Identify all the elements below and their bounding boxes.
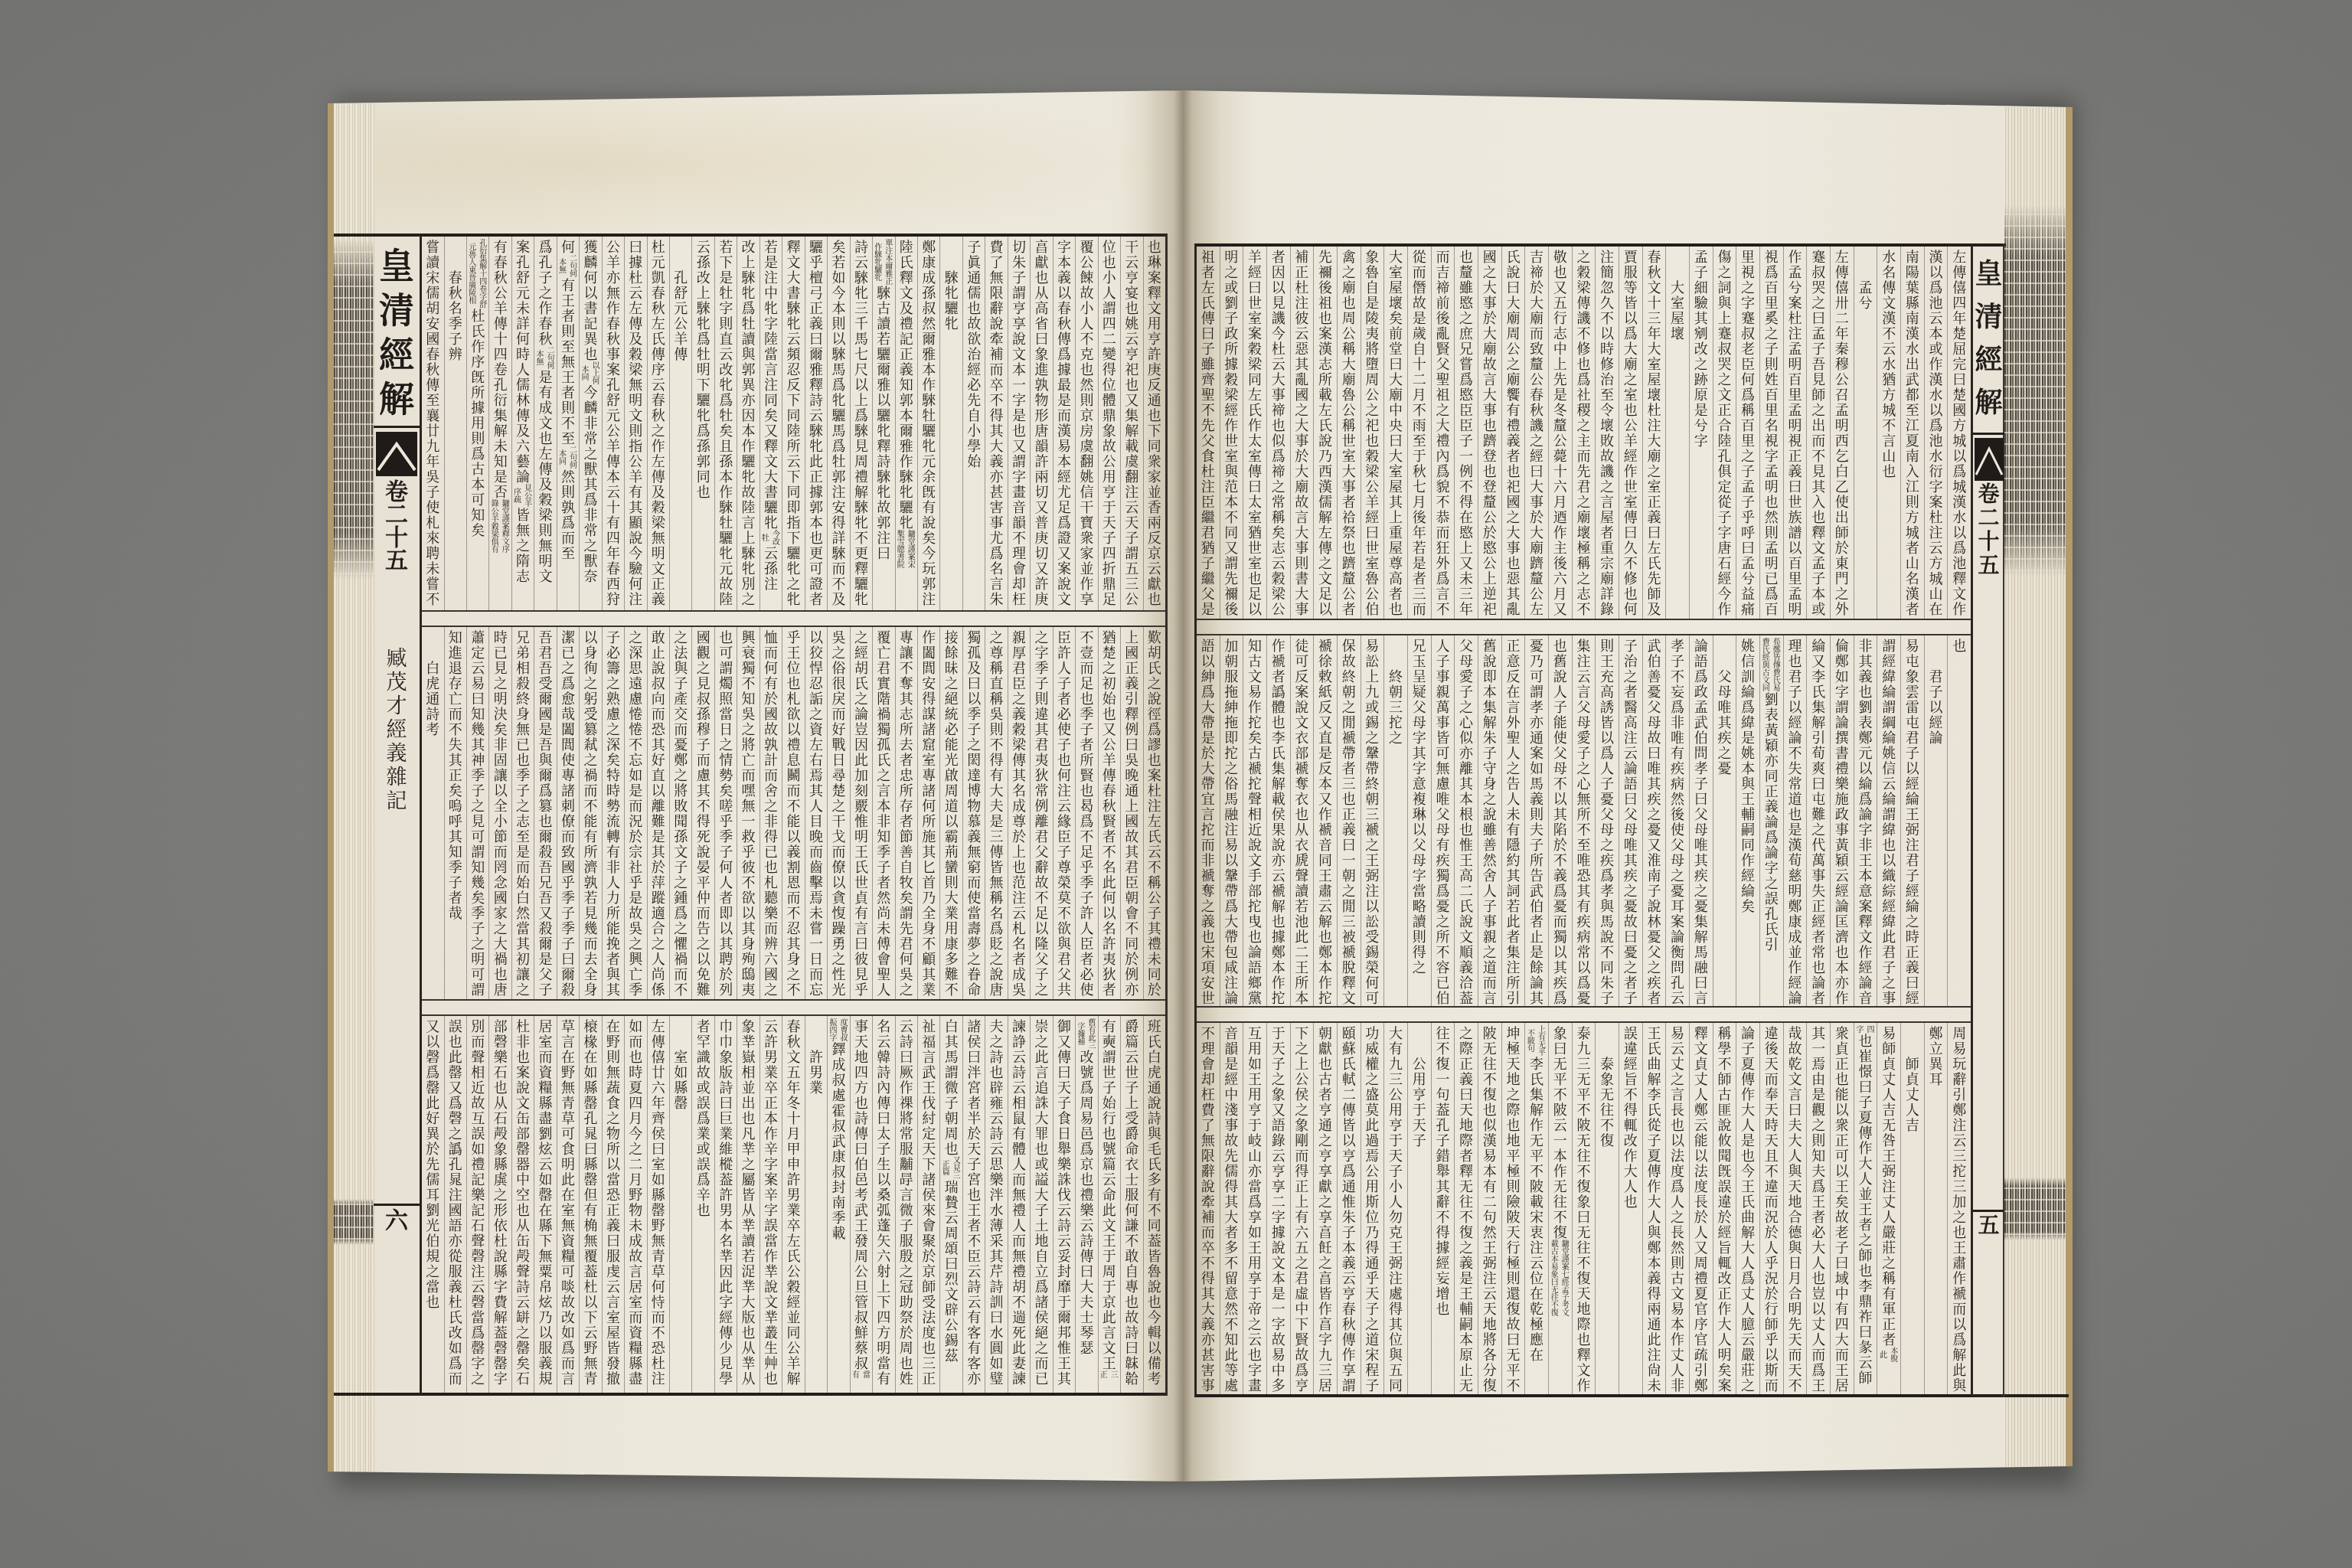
glyph: 卒 bbox=[785, 1219, 803, 1234]
glyph: 論 bbox=[1762, 846, 1781, 861]
glyph: 義 bbox=[1010, 707, 1028, 723]
glyph: 躬 bbox=[581, 692, 599, 707]
glyph: 父 bbox=[1551, 746, 1570, 762]
glyph: 位 bbox=[1100, 240, 1119, 256]
glyph: 誅 bbox=[1055, 1173, 1073, 1188]
glyph: 際 bbox=[1457, 1134, 1475, 1149]
glyph: 因 bbox=[852, 738, 871, 753]
glyph: 貞 bbox=[1692, 1057, 1710, 1073]
glyph: 穆 bbox=[694, 723, 713, 738]
glyph: 子 bbox=[1055, 1096, 1073, 1112]
glyph: 唐 bbox=[988, 983, 1006, 998]
glyph: 釐 bbox=[1551, 419, 1570, 434]
glyph: 不 bbox=[1433, 946, 1452, 961]
glyph: 憂 bbox=[1645, 823, 1663, 838]
glyph: 舊 bbox=[1551, 655, 1570, 670]
glyph: 於 bbox=[1527, 511, 1546, 526]
glyph: 非 bbox=[1668, 716, 1687, 731]
glyph: 公 bbox=[626, 455, 645, 470]
glyph: 用 bbox=[942, 922, 961, 937]
glyph: 部 bbox=[1246, 884, 1264, 900]
glyph: 即 bbox=[717, 906, 735, 922]
glyph: 驪 bbox=[942, 302, 961, 317]
glyph: 屬 bbox=[740, 1173, 758, 1188]
glyph: 驗 bbox=[626, 562, 645, 577]
glyph: 問 bbox=[1668, 961, 1687, 976]
interlinear-note: 以上何本同 bbox=[580, 363, 600, 386]
glyph: 及 bbox=[897, 302, 916, 317]
text-column: 亯獻也从高省曰象進孰物形唐韻許兩切又普庚切又許庚 bbox=[1030, 237, 1052, 610]
glyph: 其 bbox=[740, 922, 758, 937]
glyph: 注 bbox=[1598, 250, 1616, 266]
glyph: 牝 bbox=[852, 516, 871, 531]
glyph: 傳 bbox=[1199, 312, 1217, 327]
glyph: 羊 bbox=[1100, 753, 1119, 769]
glyph: 亡 bbox=[740, 753, 758, 769]
glyph: 多 bbox=[1222, 1241, 1240, 1256]
glyph: 獨 bbox=[1433, 869, 1452, 884]
glyph: 者 bbox=[897, 753, 916, 769]
frame-bottom-rule bbox=[334, 1393, 421, 1396]
glyph: 縣 bbox=[537, 1096, 555, 1112]
glyph: 其 bbox=[1292, 358, 1311, 373]
glyph: 陸 bbox=[785, 424, 803, 439]
text-column: 曰據杜云左傳及穀梁無明文則指公羊有其顯說今驗何注 bbox=[624, 237, 646, 610]
glyph: 以 bbox=[1622, 312, 1640, 327]
glyph: 罄 bbox=[649, 1204, 668, 1219]
glyph: 祭 bbox=[1340, 526, 1358, 541]
glyph: 及 bbox=[965, 661, 983, 677]
glyph: 族 bbox=[1785, 511, 1804, 526]
glyph: 致 bbox=[1527, 342, 1546, 358]
glyph: 城 bbox=[1950, 480, 1968, 495]
column-text: 春秋文五年冬十月甲申許男業卒左氏公穀經並同公羊解 bbox=[785, 1020, 803, 1387]
glyph: 亯 bbox=[1316, 1226, 1334, 1241]
glyph: 艸 bbox=[762, 1357, 780, 1372]
glyph: 內 bbox=[1433, 449, 1452, 465]
glyph: 六 bbox=[874, 1249, 893, 1265]
glyph: 緯 bbox=[1739, 716, 1757, 731]
glyph: 罄 bbox=[492, 1357, 510, 1372]
glyph: 吾 bbox=[537, 661, 555, 677]
glyph: 國 bbox=[537, 707, 555, 723]
glyph: 夷 bbox=[1363, 327, 1381, 342]
glyph: 拕 bbox=[1246, 777, 1264, 792]
glyph: 集 bbox=[1527, 1088, 1546, 1103]
glyph: 父 bbox=[1645, 946, 1663, 961]
glyph: 爾 bbox=[537, 692, 555, 707]
glyph: 世 bbox=[1363, 541, 1381, 557]
glyph: 大 bbox=[1292, 587, 1311, 603]
glyph: 又 bbox=[1692, 1241, 1710, 1256]
glyph: 有 bbox=[626, 485, 645, 501]
glyph: 慕 bbox=[965, 815, 983, 830]
glyph: 穀 bbox=[1574, 266, 1592, 281]
text-column: 以身徇之躬受篡弒之禍而不能有所濟孰若見幾而去全身 bbox=[579, 627, 601, 999]
text-column: 左傳僖卅二年秦穆公召孟明西乞白乙使出師於東門之外 bbox=[1830, 247, 1854, 619]
glyph: 如 bbox=[537, 1173, 555, 1188]
glyph: 廟 bbox=[1481, 342, 1499, 358]
glyph: 缶 bbox=[514, 1234, 532, 1249]
glyph: 潔 bbox=[559, 631, 577, 646]
glyph: 字 bbox=[1833, 685, 1851, 701]
glyph: 而 bbox=[469, 1035, 487, 1050]
glyph: 象 bbox=[1598, 1073, 1616, 1088]
glyph: 復 bbox=[1481, 1379, 1499, 1394]
glyph: 注 bbox=[762, 577, 780, 593]
glyph: 中 bbox=[1269, 1364, 1288, 1379]
glyph: 丈 bbox=[1903, 1088, 1922, 1103]
glyph: 弧 bbox=[874, 1204, 893, 1219]
glyph: 東 bbox=[1833, 557, 1851, 572]
glyph: 不 bbox=[1199, 403, 1217, 419]
glyph: 吉 bbox=[1903, 1119, 1922, 1134]
glyph: 說 bbox=[988, 968, 1006, 983]
glyph: 夫 bbox=[1809, 1165, 1828, 1180]
glyph: 侯 bbox=[920, 1188, 938, 1204]
glyph: 辭 bbox=[1433, 1195, 1452, 1210]
glyph: 先 bbox=[1785, 1318, 1804, 1333]
glyph: 會 bbox=[1122, 906, 1141, 922]
column-text: 下之上公侯之象剛而得正上有六五之君虛中下賢故爲亨 bbox=[1292, 1027, 1311, 1394]
glyph: 論 bbox=[1785, 991, 1804, 1007]
glyph: 在 bbox=[604, 1020, 622, 1035]
glyph: 帶 bbox=[1222, 884, 1240, 900]
glyph: 上 bbox=[852, 394, 871, 409]
glyph: 室 bbox=[1645, 358, 1663, 373]
glyph: 以 bbox=[1926, 701, 1945, 716]
glyph: 其 bbox=[1457, 777, 1475, 792]
glyph: 彖 bbox=[1856, 1341, 1874, 1356]
glyph: 也 bbox=[1246, 572, 1264, 587]
glyph: 者 bbox=[694, 1020, 713, 1035]
column-text: 孝子不妄爲非唯有疾病然後使父母之憂耳案論衡問孔云 bbox=[1668, 639, 1687, 1007]
glyph: 明 bbox=[1715, 1348, 1733, 1364]
text-column: 敬也又五行志中上先是冬釐公薨十六月迺作主後六月又 bbox=[1548, 247, 1572, 619]
glyph: 云 bbox=[762, 1020, 780, 1035]
glyph: 稱 bbox=[1340, 342, 1358, 358]
glyph: 母 bbox=[1622, 823, 1640, 838]
glyph: 氏 bbox=[1809, 685, 1828, 701]
glyph: 餘 bbox=[1527, 961, 1546, 976]
glyph: 誤 bbox=[469, 1127, 487, 1142]
column-text: 崇之此言追誅大罪也或謚大子土地自立爲諸侯絕之而已 bbox=[1033, 1020, 1051, 1387]
glyph: 不 bbox=[1222, 511, 1240, 526]
glyph: 室 bbox=[1622, 495, 1640, 511]
glyph: 修 bbox=[1622, 572, 1640, 587]
glyph: 大 bbox=[1199, 701, 1217, 716]
glyph: 之 bbox=[671, 876, 690, 891]
glyph: 俗 bbox=[1222, 777, 1240, 792]
glyph: 男 bbox=[717, 1204, 735, 1219]
glyph: 同 bbox=[785, 1326, 803, 1341]
text-column: 何二句何本無有王者則至無王者則不至二句何本同然則孰爲而至 bbox=[557, 237, 579, 610]
running-title: 皇清經解 bbox=[374, 243, 420, 421]
glyph: 世 bbox=[1246, 296, 1264, 312]
glyph: 非 bbox=[514, 1035, 532, 1050]
glyph: 公 bbox=[1100, 738, 1119, 753]
glyph: 轉 bbox=[604, 830, 622, 845]
glyph: 雷 bbox=[1903, 701, 1922, 716]
glyph: 言 bbox=[559, 1035, 577, 1050]
text-column: 臣許人子者必使子也何注云緣臣子尊榮莫不欲與君父共 bbox=[1053, 627, 1075, 999]
glyph: 以 bbox=[1903, 762, 1922, 777]
glyph: 失 bbox=[1785, 762, 1804, 777]
glyph: 字 bbox=[1410, 762, 1429, 777]
glyph: 穀 bbox=[626, 348, 645, 363]
glyph: 政 bbox=[1692, 685, 1710, 701]
glyph: 惟 bbox=[1340, 1195, 1358, 1210]
glyph: 縣 bbox=[581, 1158, 599, 1173]
glyph: 無 bbox=[965, 845, 983, 861]
glyph: 陷 bbox=[1551, 823, 1570, 838]
glyph: 愈 bbox=[559, 692, 577, 707]
glyph: 死 bbox=[1010, 1326, 1028, 1341]
column-text: 也舊說人子能使父母不以其陷於不義爲憂而獨以其疾爲 bbox=[1551, 639, 1570, 1007]
glyph: 唯 bbox=[1715, 701, 1733, 716]
glyph: 以 bbox=[1926, 403, 1945, 419]
glyph: 存 bbox=[897, 799, 916, 815]
glyph: 義 bbox=[1645, 511, 1663, 526]
glyph: 實 bbox=[874, 677, 893, 692]
glyph: 爾 bbox=[559, 968, 577, 983]
glyph: 小 bbox=[1100, 271, 1119, 286]
glyph: 禘 bbox=[1269, 403, 1288, 419]
column-text: 以狡悍忍詬之資左右焉其人目晚而齒擊焉未嘗一日而忘 bbox=[807, 631, 825, 998]
text-column: 保故終朝之閒褫帶者三也正義曰一朝之閒三被褫脫釋文 bbox=[1337, 635, 1361, 1006]
glyph: 者 bbox=[1622, 976, 1640, 991]
glyph: 不 bbox=[1122, 1234, 1141, 1249]
glyph: 雨 bbox=[1410, 419, 1429, 434]
glyph: 王 bbox=[559, 294, 577, 309]
glyph: 也 bbox=[1622, 1195, 1640, 1210]
column-text: 者因以見譏今杜云大事禘也似爲禘之常稱矣志云穀梁公 bbox=[1269, 250, 1288, 618]
glyph: 曰 bbox=[1246, 281, 1264, 296]
glyph: 也 bbox=[1077, 784, 1096, 799]
glyph: 以 bbox=[1100, 906, 1119, 922]
column-text: 杜元凱春秋左氏傳序云春秋之作左傳及穀梁無明文正義 bbox=[649, 240, 668, 608]
glyph: 此 bbox=[717, 1280, 735, 1295]
glyph: 不 bbox=[1574, 823, 1592, 838]
glyph: 不 bbox=[1055, 906, 1073, 922]
glyph: 用 bbox=[1100, 470, 1119, 485]
glyph: 氏 bbox=[469, 325, 487, 340]
glyph: 芹 bbox=[988, 1265, 1006, 1280]
glyph: 版 bbox=[717, 1066, 735, 1081]
glyph: 穀 bbox=[1269, 572, 1288, 587]
glyph: 憂 bbox=[1645, 685, 1663, 701]
glyph: 讀 bbox=[423, 256, 442, 271]
glyph: 曰 bbox=[1122, 738, 1141, 753]
glyph: 亦 bbox=[1122, 983, 1141, 998]
text-column: 下之上公侯之象剛而得正上有六五之君虛中下賢故爲亨 bbox=[1290, 1023, 1314, 1394]
glyph: 同 bbox=[558, 459, 567, 466]
glyph: 父 bbox=[1033, 845, 1051, 861]
glyph: 君 bbox=[537, 646, 555, 661]
glyph: 三 bbox=[1316, 1364, 1334, 1379]
glyph: 聲 bbox=[1292, 869, 1311, 884]
section-heading: 騋牝驪牝 bbox=[939, 237, 962, 610]
glyph: 之 bbox=[1715, 746, 1733, 762]
glyph: 壞 bbox=[1668, 327, 1687, 342]
glyph: 因 bbox=[1269, 266, 1288, 281]
glyph: 作 bbox=[1340, 1348, 1358, 1364]
glyph: 云 bbox=[1950, 1134, 1968, 1149]
glyph: 簡 bbox=[1598, 266, 1616, 281]
glyph: 字 bbox=[1055, 240, 1073, 256]
glyph: 所 bbox=[581, 845, 599, 861]
glyph: 王 bbox=[1100, 1234, 1119, 1249]
glyph: 桑 bbox=[874, 1188, 893, 1204]
glyph: 象 bbox=[492, 1142, 510, 1158]
glyph: 是 bbox=[1410, 557, 1429, 572]
glyph: 夫 bbox=[1077, 1295, 1096, 1311]
glyph: 爲 bbox=[559, 516, 577, 531]
column-text: 褫徐敕紙反又直是反本又作褫音同王肅云解也鄭本作拕 bbox=[1316, 639, 1334, 1007]
glyph: 四 bbox=[604, 531, 622, 547]
glyph: 也 bbox=[1950, 639, 1968, 655]
glyph: 方 bbox=[1880, 388, 1898, 403]
glyph: 則 bbox=[559, 325, 577, 340]
note-line: 載古本易象曰无往不復 bbox=[1550, 1241, 1560, 1318]
glyph: 織 bbox=[1880, 869, 1898, 884]
glyph: 若 bbox=[1410, 541, 1429, 557]
column-text: 云孫改上騋牝爲牡明下驪牝爲孫郭同也 bbox=[694, 240, 713, 501]
glyph: 撤 bbox=[604, 1372, 622, 1387]
text-column: 功威權之盛莫此過焉公用斯位乃得通乎天子之道宋程子 bbox=[1361, 1023, 1384, 1394]
column-text: 字本義以春秋傳爲據最是而漢易本經尤足爲證又案說文 bbox=[1055, 240, 1073, 608]
glyph: 庚 bbox=[1033, 593, 1051, 608]
glyph: 兩 bbox=[1033, 470, 1051, 485]
glyph: 斯 bbox=[1762, 1364, 1781, 1379]
glyph: 葢 bbox=[1457, 991, 1475, 1007]
glyph: 止 bbox=[1457, 1364, 1475, 1379]
glyph: 記 bbox=[581, 317, 599, 332]
glyph: 尚 bbox=[649, 968, 668, 983]
glyph: 孔 bbox=[514, 256, 532, 271]
glyph: 體 bbox=[1269, 701, 1288, 716]
glyph: 表 bbox=[1856, 716, 1874, 731]
glyph: 則 bbox=[1504, 1180, 1522, 1195]
glyph: 不 bbox=[1481, 1073, 1499, 1088]
glyph: 公 bbox=[1363, 480, 1381, 495]
glyph: 詳 bbox=[1598, 587, 1616, 603]
glyph: 丈 bbox=[1880, 1195, 1898, 1210]
glyph: 綸 bbox=[1880, 685, 1898, 701]
glyph: 漢 bbox=[1926, 373, 1945, 388]
glyph: 從 bbox=[1715, 495, 1733, 511]
glyph: 與 bbox=[671, 661, 690, 677]
glyph: 御 bbox=[1055, 1020, 1073, 1035]
glyph: 還 bbox=[1504, 1287, 1522, 1302]
glyph: 糧 bbox=[626, 1341, 645, 1357]
glyph: 以 bbox=[581, 631, 599, 646]
glyph: 必 bbox=[942, 723, 961, 738]
glyph: 言 bbox=[1033, 1066, 1051, 1081]
glyph: 也 bbox=[514, 753, 532, 769]
column-text: 部磬樂石也从石殸象縣虡之形依杜說縣字費解葢磬罄字 bbox=[492, 1020, 510, 1387]
glyph: 大 bbox=[1340, 358, 1358, 373]
glyph: 辟 bbox=[942, 1303, 961, 1318]
glyph: 好 bbox=[829, 723, 848, 738]
text-column: 詩云騋牝三千馬七尺以上爲騋見周禮解騋牝不更釋驪牝 bbox=[850, 237, 872, 610]
glyph: 平 bbox=[1504, 1149, 1522, 1165]
glyph: 季 bbox=[1033, 661, 1051, 677]
glyph: 曰 bbox=[1055, 1066, 1073, 1081]
glyph: 事 bbox=[1199, 1379, 1217, 1394]
glyph: 四 bbox=[626, 1096, 645, 1112]
glyph: 時 bbox=[626, 1066, 645, 1081]
glyph: 大 bbox=[1340, 465, 1358, 480]
glyph: 缶 bbox=[514, 1112, 532, 1127]
text-column: 覆公餗故小人不克也然則京房虞翻姚信干寶衆家並作享 bbox=[1075, 237, 1097, 610]
glyph: 案 bbox=[514, 240, 532, 256]
glyph: 鬭 bbox=[785, 769, 803, 784]
glyph: 罄 bbox=[671, 1096, 690, 1112]
glyph: 文 bbox=[1316, 572, 1334, 587]
glyph: 先 bbox=[423, 1158, 442, 1173]
glyph: 牝 bbox=[740, 470, 758, 485]
glyph: 告 bbox=[1527, 869, 1546, 884]
glyph: 不 bbox=[1598, 312, 1616, 327]
glyph: 與 bbox=[604, 968, 622, 983]
glyph: 牡 bbox=[717, 409, 735, 424]
column-text: 保故終朝之閒褫帶者三也正義曰一朝之閒三被褫脫釋文 bbox=[1340, 639, 1358, 1007]
glyph: 引 bbox=[1504, 991, 1522, 1007]
glyph: 說 bbox=[694, 845, 713, 861]
glyph: 錯 bbox=[1433, 1149, 1452, 1165]
glyph: 救 bbox=[740, 830, 758, 845]
glyph: 很 bbox=[829, 677, 848, 692]
glyph: 子 bbox=[1433, 1134, 1452, 1149]
glyph: 无 bbox=[1574, 1226, 1592, 1241]
glyph: 不 bbox=[988, 394, 1006, 409]
glyph: 周 bbox=[852, 455, 871, 470]
glyph: 以 bbox=[1598, 731, 1616, 746]
glyph: 不 bbox=[1809, 449, 1828, 465]
glyph: 後 bbox=[1762, 1042, 1781, 1057]
glyph: 吾 bbox=[537, 861, 555, 876]
glyph: 謂 bbox=[1880, 808, 1898, 823]
glyph: 軍 bbox=[1880, 1302, 1898, 1318]
glyph: 合 bbox=[1715, 419, 1733, 434]
glyph: 不 bbox=[649, 1326, 668, 1341]
glyph: 山 bbox=[1926, 587, 1945, 603]
glyph: 屯 bbox=[1903, 716, 1922, 731]
glyph: 言 bbox=[1433, 587, 1452, 603]
glyph: 也 bbox=[965, 302, 983, 317]
glyph: 嘗 bbox=[807, 922, 825, 937]
glyph: 正 bbox=[1880, 1318, 1898, 1333]
glyph: 年 bbox=[423, 455, 442, 470]
glyph: 下 bbox=[1292, 1027, 1311, 1042]
glyph: 矣 bbox=[469, 891, 487, 906]
glyph: 長 bbox=[1692, 1195, 1710, 1210]
glyph: 王 bbox=[1246, 1073, 1264, 1088]
glyph: 如 bbox=[649, 1173, 668, 1188]
glyph: 使 bbox=[1668, 823, 1687, 838]
glyph: 之 bbox=[785, 968, 803, 983]
glyph: 室 bbox=[1246, 557, 1264, 572]
glyph: 注 bbox=[649, 1372, 668, 1387]
glyph: 於 bbox=[423, 1142, 442, 1158]
glyph: 號 bbox=[1100, 1142, 1119, 1158]
glyph: 也 bbox=[1668, 1119, 1687, 1134]
glyph: 以 bbox=[1551, 946, 1570, 961]
glyph: 其 bbox=[649, 845, 668, 861]
glyph: 不 bbox=[920, 937, 938, 952]
glyph: 磬 bbox=[469, 1249, 487, 1265]
